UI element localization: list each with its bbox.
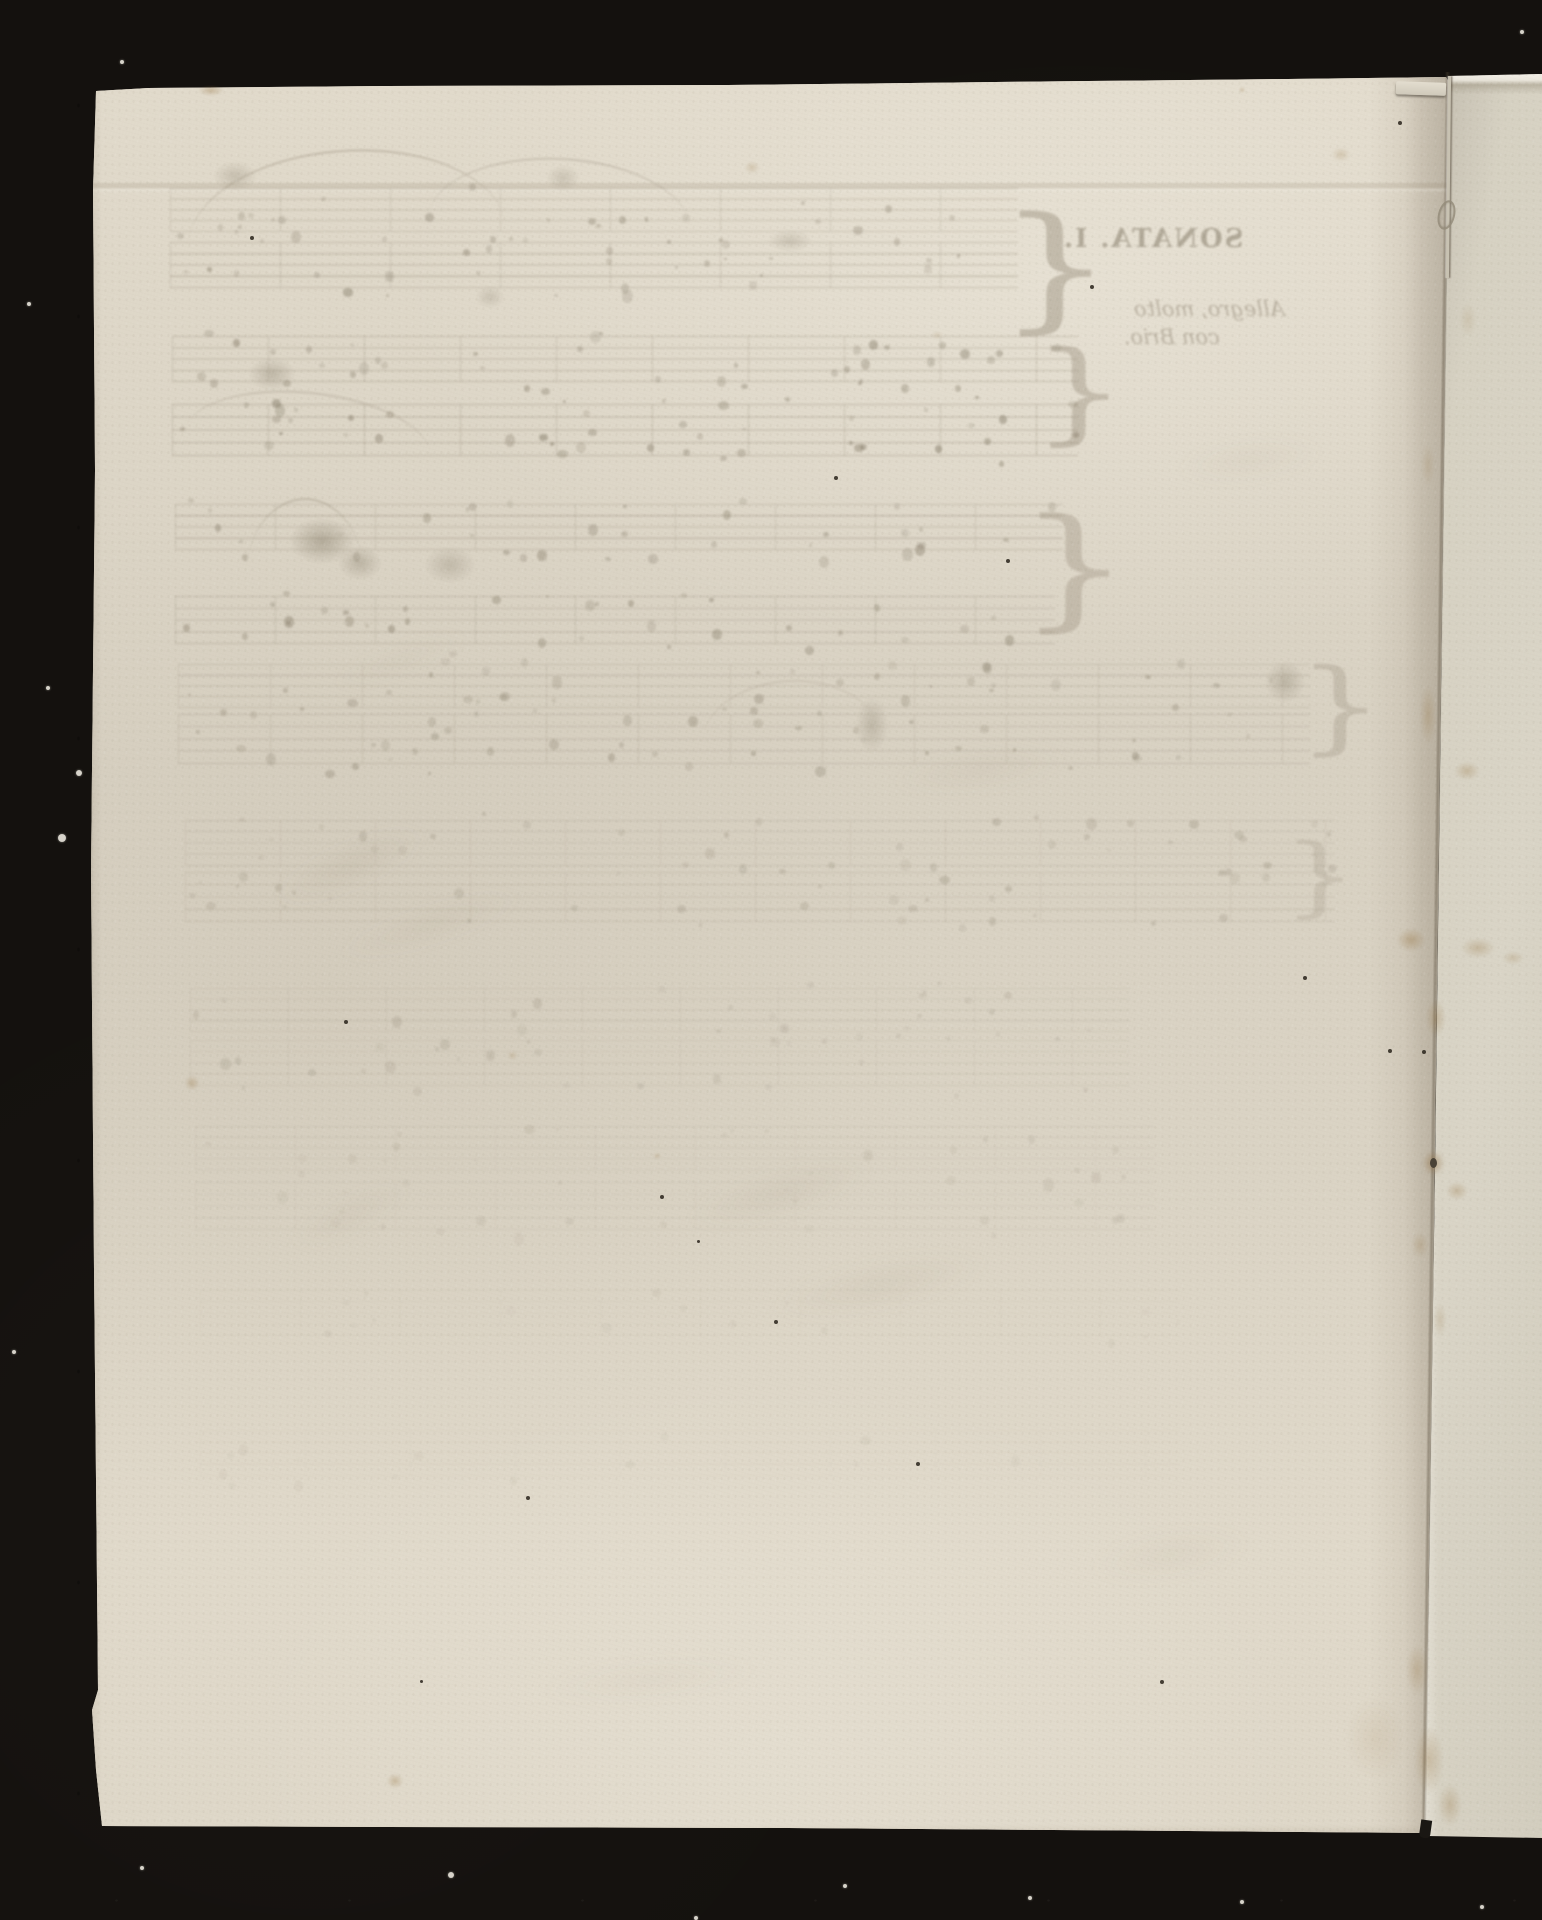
ghost-note	[207, 267, 211, 272]
ghost-note	[199, 881, 202, 884]
ghost-note	[861, 359, 870, 370]
ghost-note	[266, 753, 276, 766]
foxing-stain	[1394, 926, 1428, 954]
ghost-note	[1177, 659, 1185, 669]
ghost-note	[552, 676, 562, 688]
dark-speck	[1006, 559, 1010, 563]
ghost-note	[549, 739, 559, 750]
ghost-note	[959, 924, 967, 932]
ghost-note	[853, 226, 863, 235]
ghost-note	[482, 667, 490, 675]
ghost-note	[924, 408, 928, 412]
ghost-note	[325, 770, 335, 778]
ghost-note	[905, 1026, 909, 1030]
ghost-note	[364, 1291, 368, 1295]
ghost-note	[885, 205, 892, 213]
ghost-note	[196, 730, 200, 734]
ghost-note	[884, 345, 890, 350]
ghost-note	[258, 855, 264, 859]
ghost-note	[1011, 1455, 1020, 1467]
ghost-note	[585, 600, 595, 611]
ghost-note	[482, 812, 486, 816]
ghost-note	[749, 281, 757, 289]
ghost-note	[275, 884, 282, 892]
ghost-note	[523, 238, 528, 244]
ghost-note	[343, 288, 354, 296]
ghost-note	[1074, 1168, 1080, 1173]
ghost-note	[557, 450, 568, 458]
ghost-note	[1005, 635, 1015, 645]
ghost-note	[423, 513, 432, 523]
ghost-note	[343, 1191, 348, 1195]
ghost-note	[682, 862, 689, 868]
foxing-stain	[1458, 936, 1498, 960]
dark-speck	[1388, 1049, 1392, 1053]
ghost-note	[996, 350, 1003, 357]
ghost-note	[889, 895, 899, 905]
ghost-note	[236, 745, 246, 752]
ghost-note	[492, 596, 500, 604]
ghost-note	[509, 237, 513, 241]
ghost-note	[950, 1146, 957, 1154]
ghost-note	[348, 1154, 357, 1164]
ghost-note	[576, 442, 586, 454]
foxing-stain	[1436, 1780, 1464, 1830]
folded-paper-tab	[1396, 81, 1446, 96]
ghost-note	[1219, 914, 1228, 922]
dark-speck	[1303, 976, 1307, 980]
ghost-note	[183, 624, 190, 632]
ghost-note	[728, 1005, 733, 1009]
ghost-note	[756, 671, 760, 675]
ghost-note	[915, 544, 925, 556]
ghost-note	[647, 620, 656, 631]
ghost-note	[647, 444, 654, 452]
ghost-note	[1074, 1199, 1084, 1206]
ghost-note	[1084, 834, 1091, 840]
ghost-note	[388, 625, 395, 633]
ghost-note	[345, 616, 354, 627]
ghost-note	[343, 610, 348, 614]
ghost-note	[1132, 738, 1136, 743]
ghost-note	[980, 1216, 988, 1225]
ghost-note	[269, 838, 273, 841]
ghost-note	[503, 550, 510, 556]
ghost-note	[785, 397, 790, 402]
ghost-note	[675, 266, 678, 269]
ghost-note	[375, 1043, 384, 1052]
ghost-note	[235, 1057, 241, 1064]
ghost-brace-icon: {	[1017, 502, 1131, 635]
ghost-note	[206, 902, 215, 909]
ghost-note	[787, 1041, 791, 1046]
ghost-note	[800, 902, 809, 910]
ghost-note	[658, 986, 666, 993]
white-dust-speck	[448, 1872, 454, 1878]
ghost-brace-icon: {	[997, 200, 1114, 336]
ghost-note	[836, 679, 844, 686]
foxing-stain	[1404, 1640, 1430, 1700]
ghost-note	[771, 1037, 775, 1042]
ghost-note	[470, 534, 473, 537]
ghost-note	[723, 510, 731, 520]
ghost-note	[1107, 848, 1111, 853]
ghost-note	[1262, 873, 1270, 882]
ghost-note	[849, 441, 853, 445]
ghost-note	[894, 238, 900, 245]
ghost-note	[697, 433, 703, 440]
foxing-stain	[743, 160, 761, 175]
ghost-note	[234, 270, 239, 277]
ghost-note	[1263, 862, 1272, 869]
ghost-note	[1189, 820, 1199, 829]
ghost-note	[765, 1084, 772, 1091]
ghost-note	[1034, 815, 1038, 820]
ghost-note	[537, 550, 546, 561]
sewing-hole	[1430, 1158, 1437, 1168]
ghost-note	[521, 658, 528, 666]
ghost-note	[1013, 748, 1016, 752]
verso-page: SONATA. I. Allegro, molto con Brio. {{{{…	[88, 70, 1452, 1840]
ghost-note	[1004, 992, 1013, 999]
ghost-note	[541, 388, 550, 396]
ghost-note	[786, 625, 792, 631]
ghost-note	[277, 1191, 288, 1204]
ghost-note	[352, 763, 359, 770]
ghost-note	[457, 1057, 460, 1060]
ghost-note	[751, 751, 755, 756]
ghost-note	[793, 1199, 797, 1203]
ghost-staff	[172, 336, 1078, 382]
ghost-note	[854, 444, 864, 453]
ghost-note	[467, 919, 471, 922]
ghost-note	[722, 1133, 727, 1138]
ghost-note	[667, 240, 671, 244]
ghost-note	[381, 1224, 386, 1230]
ghost-note	[283, 905, 288, 909]
ghost-note	[967, 677, 975, 687]
ghost-note	[780, 1024, 789, 1033]
ghost-note	[819, 556, 830, 569]
ghost-note	[902, 548, 913, 561]
ghost-note	[679, 421, 687, 428]
ghost-note	[853, 345, 861, 355]
dark-speck	[916, 1462, 920, 1466]
ghost-note	[667, 645, 670, 649]
ghost-staff	[175, 596, 1055, 644]
ghost-note	[347, 699, 358, 708]
ghost-note	[808, 1172, 812, 1175]
ghost-note	[469, 503, 476, 510]
ghost-note	[863, 1150, 874, 1161]
ghost-note	[926, 258, 931, 263]
dark-speck	[697, 1240, 700, 1243]
ghost-note	[236, 885, 239, 888]
ghost-note	[351, 1324, 356, 1328]
ghost-note	[1048, 840, 1056, 850]
ghost-note	[372, 1318, 375, 1322]
ghost-note	[860, 1436, 870, 1445]
ghost-note	[869, 340, 878, 349]
ghost-note	[477, 271, 480, 275]
ghost-note	[351, 343, 354, 347]
ghost-note	[984, 438, 990, 445]
dark-speck	[526, 1496, 530, 1500]
ghost-note	[815, 219, 821, 223]
ghost-note	[756, 818, 763, 825]
ghost-note	[1170, 813, 1173, 815]
ghost-note	[239, 872, 248, 883]
ghost-clef-blob	[1258, 654, 1312, 710]
ghost-note	[375, 357, 381, 363]
ghost-staff	[200, 1430, 1180, 1476]
ghost-note	[619, 742, 624, 748]
ghost-note	[480, 366, 485, 370]
ghost-note	[660, 1221, 667, 1228]
ghost-note	[590, 331, 600, 343]
ghost-note	[955, 385, 961, 391]
ghost-note	[386, 294, 390, 297]
foxing-stain	[930, 330, 944, 340]
ghost-note	[901, 384, 909, 393]
ghost-note	[298, 1170, 305, 1177]
ghost-note	[577, 346, 583, 352]
ghost-note	[919, 527, 924, 532]
white-dust-speck	[843, 1884, 847, 1888]
dark-speck	[774, 1320, 778, 1324]
ghost-note	[330, 1219, 341, 1228]
ghost-note	[854, 1461, 858, 1466]
show-through-layer: SONATA. I. Allegro, molto con Brio. {{{{…	[88, 70, 1452, 1840]
ghost-note	[712, 629, 722, 640]
ghost-note	[517, 1024, 527, 1036]
ghost-note	[648, 554, 658, 564]
foxing-stain	[506, 1050, 519, 1061]
ghost-note	[398, 846, 407, 855]
ghost-note	[925, 898, 928, 902]
ghost-staff	[200, 1290, 1180, 1336]
ghost-note	[1234, 831, 1244, 839]
ghost-note	[999, 415, 1007, 424]
foxing-stain	[1330, 146, 1352, 163]
ghost-tempo-line1: Allegro, molto	[1134, 297, 1285, 321]
ghost-note	[393, 1143, 401, 1152]
ghost-note	[1246, 734, 1250, 739]
ghost-note	[476, 1216, 486, 1226]
white-dust-speck	[120, 60, 124, 64]
ghost-note	[440, 1039, 450, 1050]
dark-speck	[250, 236, 254, 240]
ghost-note	[188, 498, 195, 504]
ghost-note	[737, 449, 746, 457]
ghost-note	[292, 890, 296, 895]
ghost-note	[894, 503, 900, 511]
ghost-note	[294, 1480, 304, 1492]
ghost-note	[724, 832, 729, 839]
ghost-note	[717, 376, 727, 387]
ghost-slur-arc	[428, 151, 693, 231]
ghost-note	[555, 1128, 558, 1131]
ghost-note	[397, 1132, 402, 1136]
ghost-note	[339, 1210, 345, 1214]
ghost-note	[239, 540, 243, 544]
white-dust-speck	[46, 686, 50, 690]
ghost-note	[487, 747, 494, 756]
ghost-note	[849, 415, 854, 421]
ghost-note	[571, 905, 579, 911]
ghost-note	[242, 633, 249, 640]
ghost-note	[402, 1179, 410, 1187]
ghost-note	[428, 772, 431, 775]
ghost-note	[960, 625, 968, 632]
ghost-note	[968, 423, 975, 428]
ghost-note	[454, 888, 464, 899]
ghost-note	[371, 743, 375, 747]
ghost-note	[428, 717, 436, 726]
white-dust-speck	[58, 834, 66, 842]
ghost-note	[991, 683, 996, 688]
ghost-note	[823, 532, 829, 537]
ghost-note	[742, 428, 745, 431]
ghost-note	[177, 233, 184, 239]
ghost-note	[520, 554, 527, 561]
ghost-note	[957, 254, 960, 257]
ghost-note	[637, 1083, 643, 1088]
ghost-note	[473, 352, 477, 356]
ghost-note	[365, 623, 369, 628]
ghost-note	[381, 740, 390, 750]
ghost-note	[296, 1458, 299, 1462]
ghost-note	[430, 834, 436, 839]
ghost-note	[533, 709, 537, 713]
ghost-note	[805, 646, 814, 655]
ghost-note	[955, 746, 962, 751]
ghost-note	[888, 661, 897, 670]
ghost-note	[403, 606, 408, 612]
ghost-note	[1108, 1339, 1115, 1348]
ghost-note	[859, 1059, 864, 1065]
ghost-note	[858, 382, 862, 385]
ghost-note	[939, 876, 950, 884]
ghost-note	[602, 1323, 613, 1333]
dark-speck	[1090, 285, 1094, 289]
ghost-note	[1151, 921, 1156, 926]
white-dust-speck	[140, 1866, 144, 1870]
ghost-note	[283, 591, 290, 597]
ghost-note	[233, 339, 239, 347]
ghost-staff	[185, 872, 1335, 922]
ghost-note	[764, 1129, 768, 1133]
ghost-note	[1176, 1319, 1180, 1324]
ghost-note	[623, 505, 627, 509]
ghost-note	[506, 1305, 516, 1315]
ghost-note	[713, 1074, 721, 1084]
ghost-note	[239, 818, 245, 823]
ghost-note	[1112, 1217, 1118, 1224]
ghost-note	[300, 707, 304, 711]
ghost-note	[622, 290, 633, 304]
ghost-note	[739, 498, 747, 505]
ghost-note	[385, 1061, 396, 1073]
ghost-note	[790, 669, 795, 674]
ghost-note	[308, 1069, 316, 1076]
ghost-note	[1132, 755, 1142, 762]
ghost-note	[190, 893, 195, 899]
ghost-note	[896, 843, 903, 851]
foxing-stain	[1500, 950, 1526, 966]
ghost-note	[579, 636, 584, 641]
ghost-note	[405, 618, 410, 624]
ghost-note	[705, 848, 715, 858]
ghost-note	[466, 507, 470, 512]
ghost-note	[359, 831, 368, 842]
ghost-note	[431, 733, 440, 740]
ghost-note	[385, 271, 394, 282]
ghost-staff	[195, 1182, 1155, 1230]
ghost-note	[683, 449, 690, 456]
ghost-note	[991, 1232, 997, 1239]
ghost-note	[711, 541, 717, 548]
ghost-note	[617, 872, 620, 875]
ghost-note	[975, 396, 979, 399]
ghost-note	[939, 342, 946, 349]
ghost-note	[1112, 1146, 1119, 1154]
ghost-note	[1143, 1335, 1148, 1339]
ghost-note	[1176, 755, 1181, 759]
ghost-note	[197, 372, 205, 381]
ghost-note	[1213, 683, 1220, 688]
ghost-note	[221, 998, 227, 1003]
foxing-stain	[1424, 996, 1448, 1040]
ghost-note	[720, 456, 727, 462]
ghost-note	[381, 362, 388, 369]
ghost-note	[392, 1475, 398, 1479]
foxing-stain	[1458, 300, 1478, 340]
ghost-note	[1033, 914, 1037, 917]
ghost-note	[1083, 1088, 1088, 1092]
ghost-note	[328, 897, 332, 900]
ghost-note	[204, 330, 214, 338]
ghost-note	[809, 543, 812, 547]
ghost-note	[361, 1069, 366, 1073]
ghost-note	[1086, 818, 1096, 830]
ghost-note	[874, 604, 880, 611]
ghost-note	[785, 1188, 789, 1193]
ghost-note	[947, 1036, 951, 1041]
ghost-note	[801, 201, 805, 205]
ghost-clef-blob	[415, 540, 485, 590]
dark-speck	[1398, 121, 1402, 125]
ghost-note	[681, 593, 687, 597]
ghost-note	[677, 905, 686, 912]
ghost-note	[563, 400, 566, 404]
ghost-note	[704, 260, 710, 267]
ghost-note	[413, 1087, 422, 1096]
ghost-note	[999, 461, 1004, 467]
dark-speck	[834, 476, 838, 480]
ghost-note	[319, 824, 324, 830]
ghost-note	[563, 1083, 569, 1088]
ghost-note	[980, 725, 989, 732]
ghost-note	[909, 720, 914, 724]
ghost-note	[989, 689, 994, 693]
ghost-note	[449, 651, 457, 657]
ghost-note	[989, 1009, 995, 1015]
ghost-note	[983, 1136, 988, 1143]
ghost-note	[188, 693, 191, 695]
ghost-note	[908, 905, 918, 912]
ghost-note	[227, 1453, 234, 1459]
